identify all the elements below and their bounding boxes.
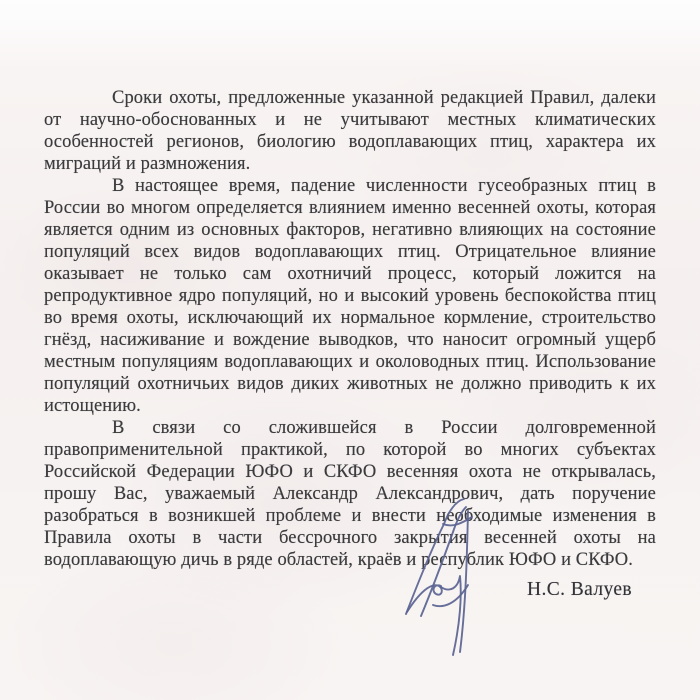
- paragraph-request: В связи со сложившейся в России долговре…: [44, 417, 656, 571]
- scanned-letter-page: Сроки охоты, предложенные указанной реда…: [0, 0, 700, 700]
- paragraph-population-decline: В настоящее время, падение численности г…: [44, 175, 656, 417]
- letter-body: Сроки охоты, предложенные указанной реда…: [44, 87, 656, 571]
- signatory-name: Н.С. Валуев: [527, 579, 632, 601]
- paragraph-hunting-terms: Сроки охоты, предложенные указанной реда…: [44, 87, 656, 175]
